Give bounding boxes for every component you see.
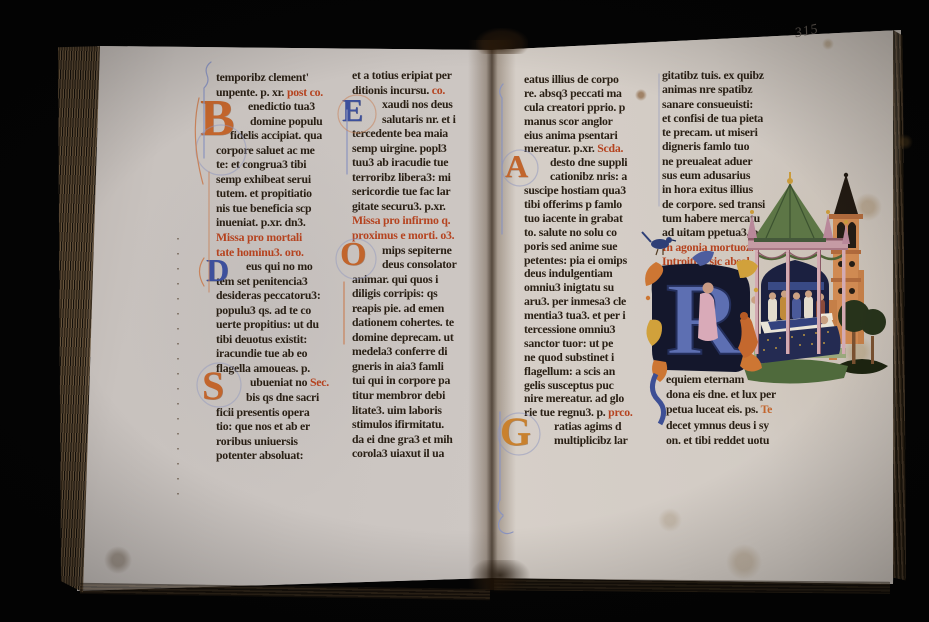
text-line: eius anima psentari <box>524 128 633 142</box>
text-line: gneris in aia3 famli <box>352 359 457 374</box>
text-line: populu3 qs. ad te co <box>216 303 329 318</box>
text-line: dona eis dne. et lux per <box>666 387 776 402</box>
text-line: eatus illius de corpo <box>524 72 633 86</box>
text-line: omniu3 inigtatu su <box>524 280 633 294</box>
text-line: on. et tibi reddet uotu <box>666 433 776 448</box>
drop-cap-S: S <box>202 368 224 403</box>
text-line: in hora exitus illius <box>662 182 765 196</box>
text-line: tio: que nos et ab er <box>216 419 329 434</box>
text-line: domine deprecam. ut <box>352 330 457 345</box>
text-line: tum habere mercatu <box>662 211 765 225</box>
text-line: sanare consueuisti: <box>662 97 765 111</box>
text-line: salutaris nr. et i <box>352 112 457 127</box>
text-line: mips sepiterne <box>352 243 457 258</box>
gutter-stain-top <box>476 28 528 54</box>
text-line: mentia3 tua3. et per i <box>524 308 633 322</box>
text-line: proximus e morti. o3. <box>352 228 457 243</box>
text-line: ad uitam ppetua3. p. <box>662 225 765 239</box>
text-line: desideras peccatoru3: <box>216 288 329 303</box>
text-line: deus consolator <box>352 257 457 272</box>
text-line: reapis pie. ad emen <box>352 301 457 316</box>
text-line: et confisi de tua pieta <box>662 111 765 125</box>
bottom-page-edges-left <box>80 583 490 600</box>
text-line: tutem. et propitiatio <box>216 186 329 201</box>
text-line: to. salute no solu co <box>524 225 633 239</box>
text-line: sanctor tuor: ut pe <box>524 336 633 350</box>
text-line: flagellum: a scis an <box>524 364 633 378</box>
text-line: ficii presentis opera <box>216 405 329 420</box>
text-line: ditionis incursu. co. <box>352 83 457 98</box>
text-line: desto dne suppli <box>524 155 633 169</box>
text-line: xaudi nos deus <box>352 97 457 112</box>
text-line: tibi deuotus existit: <box>216 332 329 347</box>
text-line: suscipe hostiam qua3 <box>524 183 633 197</box>
text-line: gitatibz tuis. ex quibz <box>662 68 765 82</box>
text-line: eus qui no mo <box>216 259 329 274</box>
text-line: animar. qui quos i <box>352 272 457 287</box>
text-line: gitate securu3. p.xr. <box>352 199 457 214</box>
text-line: sus eum adusarius <box>662 168 765 182</box>
text-line: da ei dne gra3 et mih <box>352 432 457 447</box>
text-line: cationibz nris: a <box>524 169 633 183</box>
text-line: dationem cohertes. te <box>352 315 457 330</box>
text-line: rie tue regnu3. p. prco. <box>524 405 633 419</box>
text-line: ne quod substinet i <box>524 350 633 364</box>
text-line: terroribz libera3: mi <box>352 170 457 185</box>
manuscript-photo: temporibz clement'unpente. p. xr. post c… <box>0 0 929 622</box>
text-line: semp uirgine. popl3 <box>352 141 457 156</box>
text-line: multiplicibz lar <box>524 433 633 447</box>
text-line: temporibz clement' <box>216 70 329 85</box>
pricking-marks <box>177 238 179 506</box>
text-line: potenter absoluat: <box>216 448 329 463</box>
text-line: diligis corripis: qs <box>352 286 457 301</box>
text-line: re. absq3 peccati ma <box>524 86 633 100</box>
drop-cap-G: G <box>500 414 531 449</box>
text-line: tuu3 ab iracudie tue <box>352 155 457 170</box>
text-line: te: et congrua3 tibi <box>216 157 329 172</box>
text-line: ne preualeat aduer <box>662 154 765 168</box>
text-line: tem set penitencia3 <box>216 274 329 289</box>
text-line: uerte propitius: ut du <box>216 317 329 332</box>
text-line: equiem eternam <box>666 372 776 387</box>
text-line: titur membror debi <box>352 388 457 403</box>
text-line: tui qui in corpore pa <box>352 373 457 388</box>
text-line: tate hominu3. oro. <box>216 245 329 260</box>
text-line: de corpore. sed transi <box>662 197 765 211</box>
right-page-stack-edge <box>893 30 906 586</box>
text-line: petentes: pia ei omips <box>524 253 633 267</box>
text-line: tibi offerims p famlo <box>524 197 633 211</box>
text-line: cula creatori pprio. p <box>524 100 633 114</box>
drop-cap-E: E <box>342 96 363 124</box>
text-line: flagella amoueas. p. <box>216 361 329 376</box>
text-line: ratias agims d <box>524 419 633 433</box>
text-line: inueniat. p.xr. dn3. <box>216 215 329 230</box>
text-line: digneris famlo tuo <box>662 139 765 153</box>
text-line: aru3. per inmesa3 cle <box>524 294 633 308</box>
text-line: mereatur. p.xr. Scda. <box>524 141 633 155</box>
drop-cap-A: A <box>505 152 528 180</box>
text-line: poris sed anime sue <box>524 239 633 253</box>
text-line: semp exhibeat serui <box>216 172 329 187</box>
text-line: Missa pro infirmo q. <box>352 213 457 228</box>
text-line: corola3 uiaxut il ua <box>352 446 457 461</box>
text-line: sericordie tue fac lar <box>352 184 457 199</box>
text-line: manus scor anglor <box>524 114 633 128</box>
drop-cap-B: B <box>200 96 235 142</box>
drop-cap-O: O <box>340 240 366 270</box>
text-line: animas nre spatibz <box>662 82 765 96</box>
book-gutter <box>468 40 516 590</box>
text-line: gelis susceptus puc <box>524 378 633 392</box>
right-page-column-1: eatus illius de corpore. absq3 peccati m… <box>524 72 633 447</box>
text-line: tuo iacente in grabat <box>524 211 633 225</box>
right-page-column-2-lower: equiem eternamdona eis dne. et lux perpe… <box>666 372 776 448</box>
text-line: tercessione omniu3 <box>524 322 633 336</box>
text-line: te precam. ut miseri <box>662 125 765 139</box>
text-line: bis qs dne sacri <box>216 390 329 405</box>
text-line: et a totius eripiat per <box>352 68 457 83</box>
text-line: roribus uniuersis <box>216 434 329 449</box>
text-line: nis tue beneficia scp <box>216 201 329 216</box>
text-line: ubueniat no Sec. <box>216 375 329 390</box>
text-line: stimulos ifirmitatu. <box>352 417 457 432</box>
text-line: In agonia mortuoz. <box>662 240 765 254</box>
text-line: deus indulgentiam <box>524 266 633 280</box>
left-page-column-2: et a totius eripiat perditionis incursu.… <box>352 68 457 461</box>
text-line: Introitus. sic absol <box>662 254 765 268</box>
text-line: litate3. uim laboris <box>352 403 457 418</box>
gutter-stain-bottom <box>470 560 530 594</box>
drop-cap-D: D <box>206 256 229 284</box>
right-page-column-2-upper: gitatibz tuis. ex quibzanimas nre spatib… <box>662 68 765 268</box>
text-line: nire mereatur. ad glo <box>524 391 633 405</box>
text-line: tercedente bea maia <box>352 126 457 141</box>
text-line: iracundie tue ab eo <box>216 346 329 361</box>
text-line: medela3 conferre di <box>352 344 457 359</box>
text-line: Missa pro mortali <box>216 230 329 245</box>
text-line: decet ymnus deus i sy <box>666 418 776 433</box>
bottom-page-edges-right <box>494 578 890 593</box>
text-line: petua luceat eis. ps. Te <box>666 402 776 417</box>
